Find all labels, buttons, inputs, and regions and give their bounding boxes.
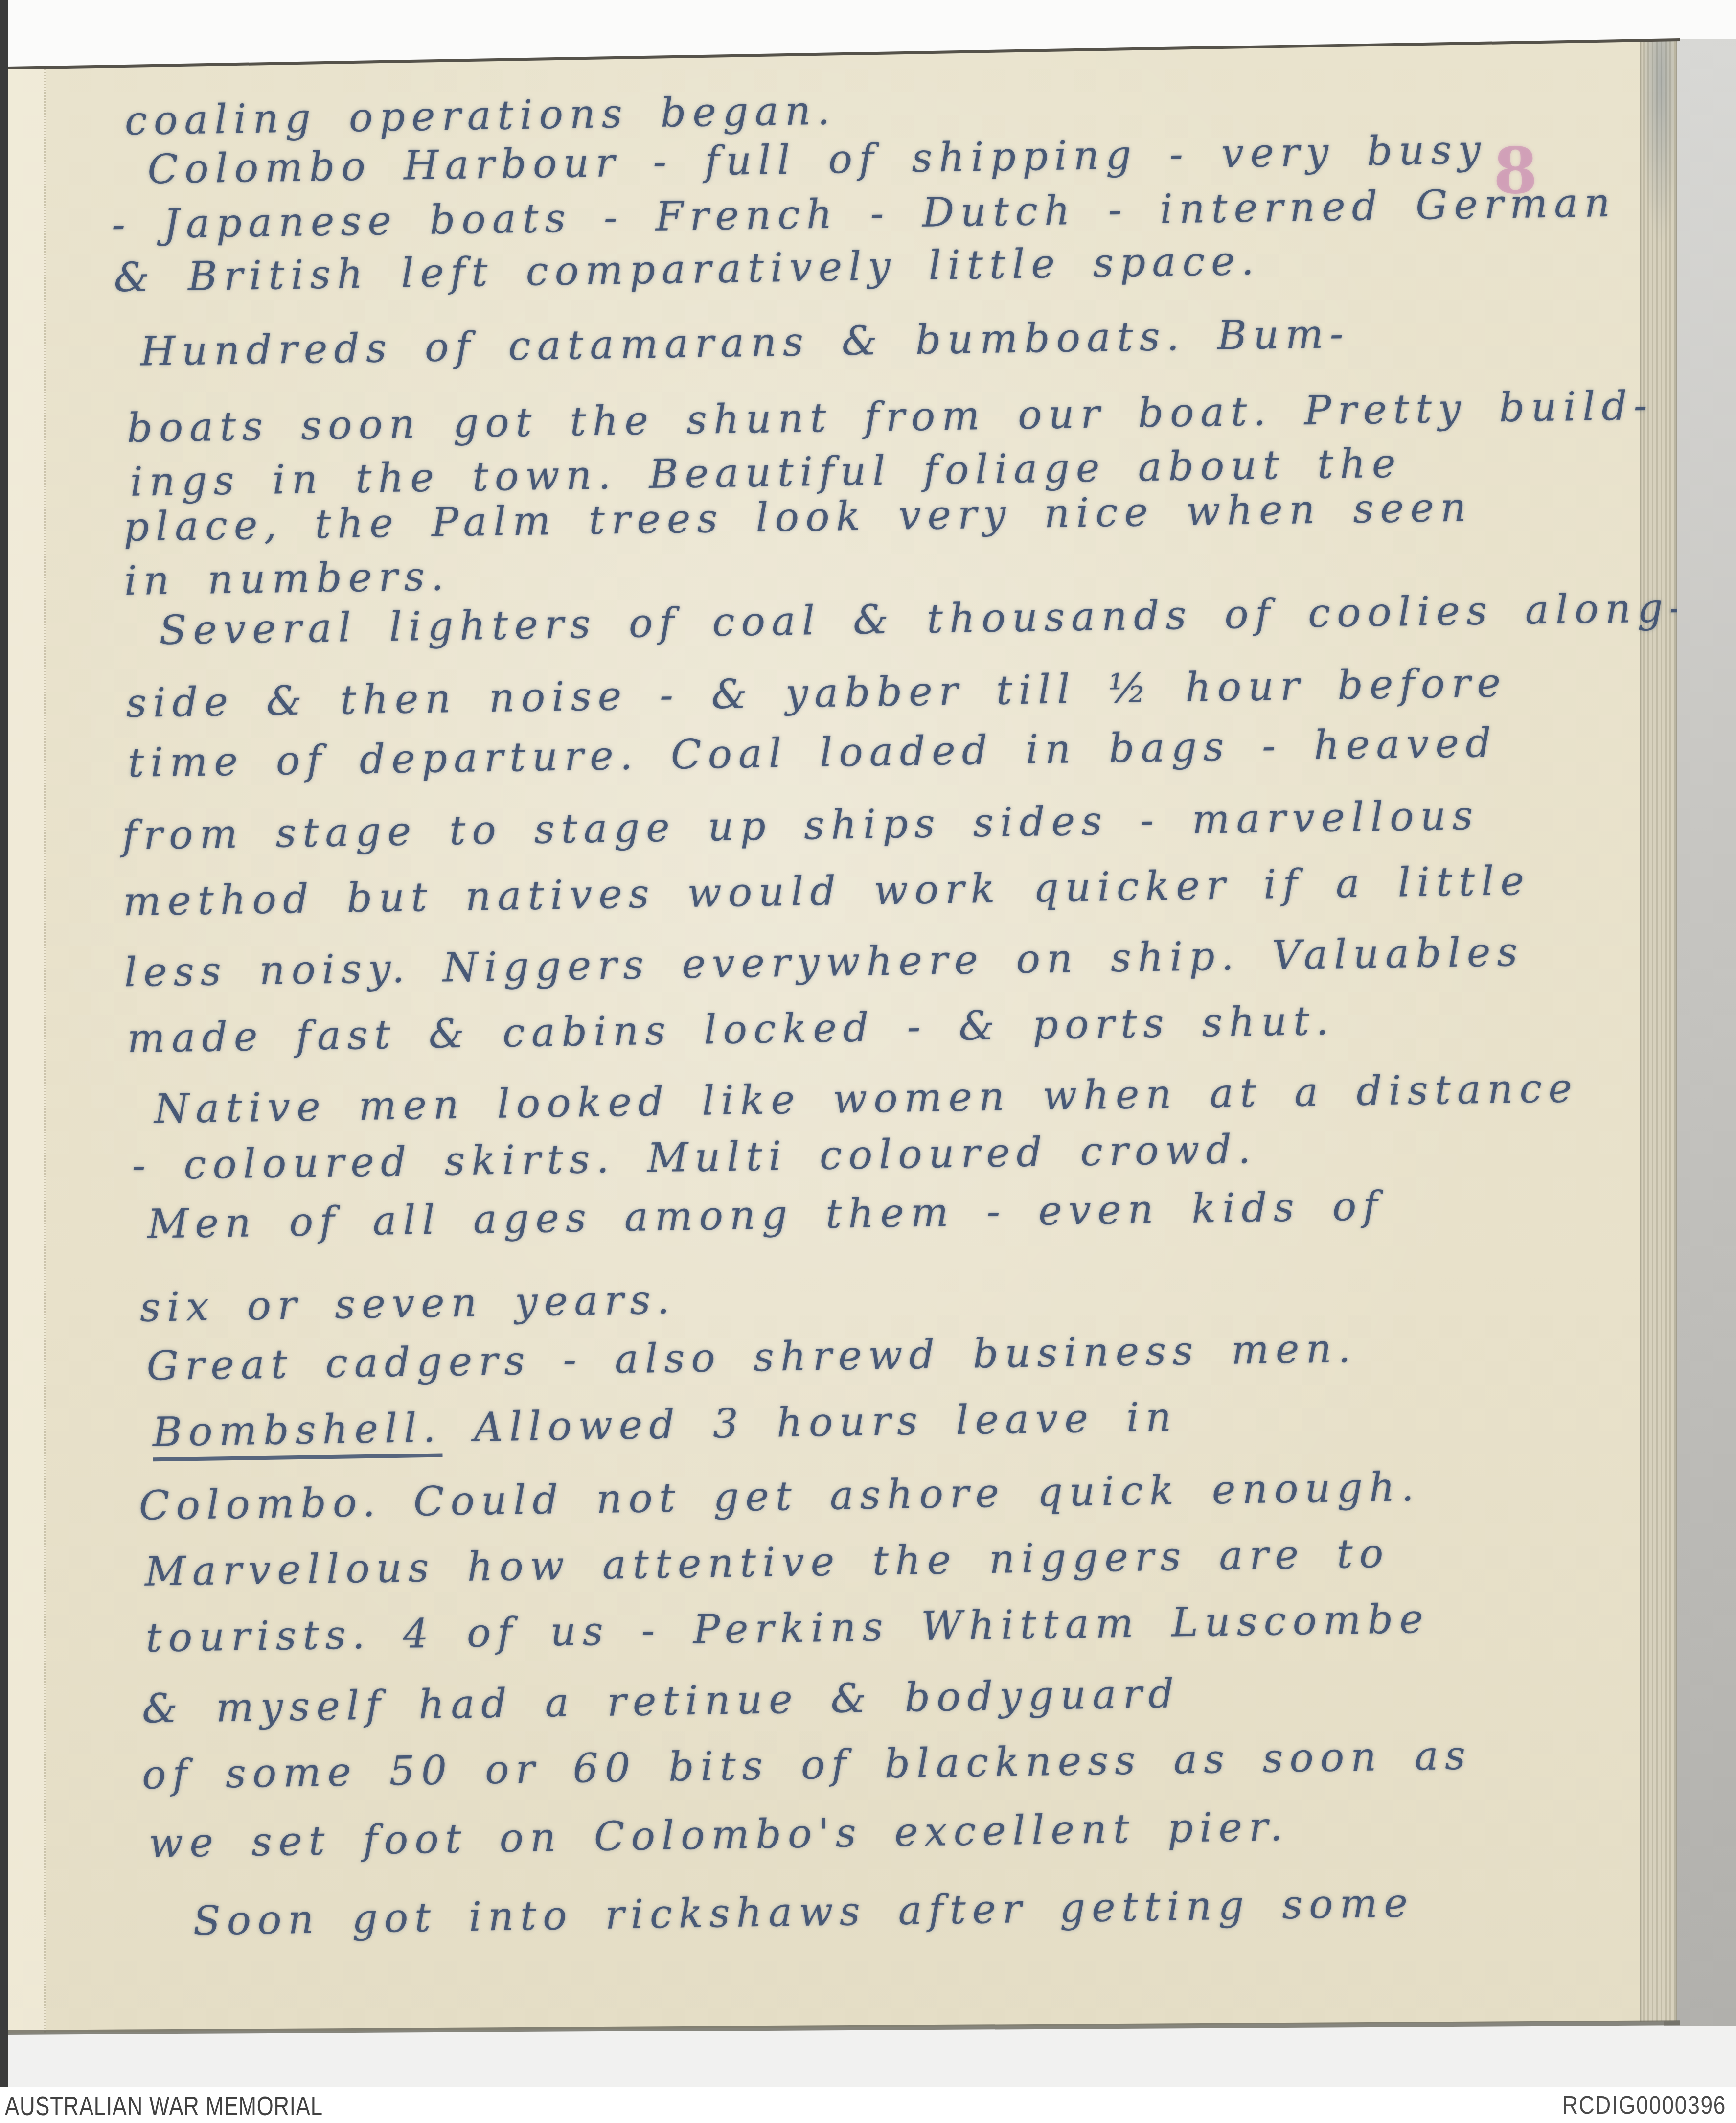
handwriting-line: in numbers. <box>124 553 450 604</box>
handwriting-line: Soon got into rickshaws after getting so… <box>193 1880 1415 1944</box>
handwriting-line: time of departure. Coal loaded in bags -… <box>128 719 1498 786</box>
handwriting-line: Great cadgers - also shrewd business men… <box>146 1325 1357 1390</box>
diary-page: 8 coaling operations began. Colombo Harb… <box>0 0 1736 2123</box>
handwriting-line: Native men looked like women when at a d… <box>154 1065 1578 1132</box>
handwriting-line: six or seven years. <box>139 1276 676 1331</box>
archive-caption-bar: AUSTRALIAN WAR MEMORIAL RCDIG0000396 <box>0 2087 1736 2123</box>
handwriting-line: coaling operations began. <box>124 87 837 144</box>
handwriting-line: boats soon got the shunt from our boat. … <box>127 383 1654 452</box>
handwriting-line-bombshell: Bombshell. Allowed 3 hours leave in <box>152 1394 1178 1455</box>
handwriting-line: side & then noise - & yabber till ½ hour… <box>126 660 1508 727</box>
handwriting-line: Hundreds of catamarans & bumboats. Bum- <box>140 311 1350 375</box>
scanner-background-bottom <box>0 2026 1736 2087</box>
underlined-word: Bombshell. <box>152 1405 442 1462</box>
handwriting-line: less noisy. Niggers everywhere on ship. … <box>124 929 1524 996</box>
handwriting-line: Men of all ages among them - even kids o… <box>147 1183 1385 1247</box>
handwriting-line: & myself had a retinue & bodyguard <box>141 1670 1181 1732</box>
handwriting-line: from stage to stage up ships sides - mar… <box>122 792 1480 859</box>
archive-id-label: RCDIG0000396 <box>1562 2091 1726 2120</box>
handwriting-line: - coloured skirts. Multi coloured crowd. <box>132 1126 1257 1189</box>
handwriting-line: method but natives would work quicker if… <box>123 857 1531 925</box>
handwriting-line: Allowed 3 hours leave in <box>442 1394 1178 1451</box>
handwriting-line: Marvellous how attentive the niggers are… <box>144 1530 1390 1595</box>
handwriting-line: made fast & cabins locked - & ports shut… <box>127 997 1335 1062</box>
handwriting-line: & British left comparatively little spac… <box>114 238 1260 301</box>
archive-name-label: AUSTRALIAN WAR MEMORIAL <box>5 2090 323 2122</box>
handwriting-line: of some 50 or 60 bits of blackness as so… <box>141 1732 1472 1798</box>
handwriting-line: Colombo. Could not get ashore quick enou… <box>138 1464 1420 1529</box>
handwriting-line: we set foot on Colombo's excellent pier. <box>148 1803 1289 1867</box>
handwriting-layer: coaling operations began. Colombo Harbou… <box>0 0 1736 2123</box>
handwriting-line: tourists. 4 of us - Perkins Whittam Lusc… <box>145 1596 1430 1661</box>
scan-edge-strip <box>0 0 8 2087</box>
